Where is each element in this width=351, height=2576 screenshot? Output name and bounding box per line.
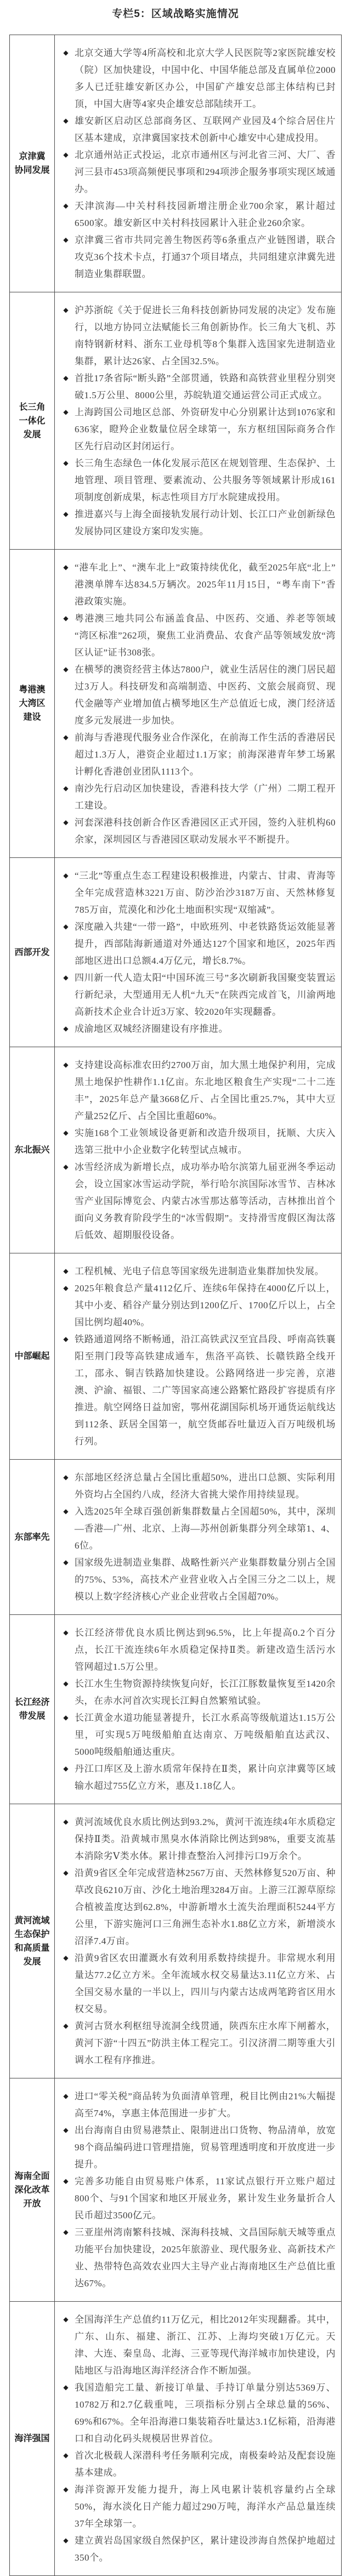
bullet-text: “港车北上”、“澳车北上”政策持续优化，截至2025年底“北上”港澳单牌车达83… <box>75 559 336 610</box>
bullet-text: 实施168个工业领域设备更新和改造升级项目，抚顺、大庆入选第三批中小企业数字化转… <box>75 1125 336 1159</box>
row-content-cell: ◆长江经济带优良水质比例达到96.5%，比上年提高0.2个百分点，长江干流连续6… <box>55 1615 342 1804</box>
row-content-cell: ◆黄河流域优良水质比例达到93.2%，黄河干流连续4年水质稳定保持Ⅱ类。沿黄城市… <box>55 1804 342 2078</box>
bullet-item: ◆沪苏浙皖《关于促进长三角科技创新协同发展的决定》发布施行，以地方协同立法赋能长… <box>57 302 336 370</box>
bullet-text: 黄河古贤水利枢纽导流洞全线贯通，陕西东庄水库下闸蓄水，黄河下游“十四五”防洪主体… <box>75 2018 336 2069</box>
row-content-cell: ◆“三北”等重点生态工程建设积极推进，内蒙古、甘肃、青海等全年完成营造林3221… <box>55 858 342 1047</box>
diamond-bullet-icon: ◆ <box>57 44 75 61</box>
bullet-item: ◆“三北”等重点生态工程建设积极推进，内蒙古、甘肃、青海等全年完成营造林3221… <box>57 867 336 918</box>
bullet-item: ◆前海与香港现代服务业合作深化，在前海工作生活的香港居民超过1.3万人，港资企业… <box>57 729 336 780</box>
bullet-text: 国家级先进制造业集群、战略性新兴产业集群数量分别占全国的75%、53%，高技术产… <box>75 1554 336 1605</box>
table-row: 西部开发 ◆“三北”等重点生态工程建设积极推进，内蒙古、甘肃、青海等全年完成营造… <box>10 858 342 1047</box>
diamond-bullet-icon: ◆ <box>57 1159 75 1176</box>
bullet-item: ◆上海跨国公司地区总部、外资研发中心分别累计达到1076家和636家，瞪羚企业数… <box>57 404 336 455</box>
bullet-item: ◆建立黄岩岛国家级自然保护区，累计建设涉海自然保护地超过350个。 <box>57 2532 336 2566</box>
row-header: 黄河流域 生态保护 和高质量 发展 <box>10 1804 55 2078</box>
bullet-item: ◆天津滨海—中关村科技园新增注册企业700余家，累计超过6500家。雄安新区中关… <box>57 197 336 231</box>
bullet-text: 天津滨海—中关村科技园新增注册企业700余家，累计超过6500家。雄安新区中关村… <box>75 197 336 231</box>
row-content-cell: ◆“港车北上”、“澳车北上”政策持续优化，截至2025年底“北上”港澳单牌车达8… <box>55 550 342 858</box>
bullet-text: 冰雪经济成为新增长点，成功举办哈尔滨第九届亚洲冬季运动会，设立国家冰雪运动学院，… <box>75 1159 336 1244</box>
bullet-item: ◆在横琴的澳资经营主体达7800户，就业生活居住的澳门居民超过3万人。科技研发和… <box>57 661 336 729</box>
document-page: 专栏5：区域战略实施情况 京津冀 协同发展 ◆北京交通大学等4所高校和北京大学人… <box>0 0 351 2576</box>
diamond-bullet-icon: ◆ <box>57 814 75 831</box>
bullet-item: ◆首次北极载人深潜科考任务顺利完成，南极秦岭站及配套设施基本建成。 <box>57 2447 336 2481</box>
bullet-text: 完善多功能自由贸易账户体系，11家试点银行开立账户超过800个、与91个国家和地… <box>75 2173 336 2224</box>
bullet-text: 京津冀三省市共同完善生物医药等6条重点产业链图谱，联合攻克36个技术卡点，打通3… <box>75 231 336 283</box>
diamond-bullet-icon: ◆ <box>57 1503 75 1520</box>
diamond-bullet-icon: ◆ <box>57 1057 75 1074</box>
region-strategy-table: 京津冀 协同发展 ◆北京交通大学等4所高校和北京大学人民医院等2家医院雄安校（院… <box>9 35 342 2576</box>
diamond-bullet-icon: ◆ <box>57 1675 75 1692</box>
bullet-text: 前海与香港现代服务业合作深化，在前海工作生活的香港居民超过1.3万人，港资企业超… <box>75 729 336 780</box>
row-header: 中部崛起 <box>10 1253 55 1460</box>
bullet-item: ◆国家级先进制造业集群、战略性新兴产业集群数量分别占全国的75%、53%，高技术… <box>57 1554 336 1605</box>
bullet-list: ◆“港车北上”、“澳车北上”政策持续优化，截至2025年底“北上”港澳单牌车达8… <box>57 559 336 848</box>
bullet-item: ◆四川新一代人造太阳“中国环流三号”多次刷新我国聚变装置运行新纪录，大型通用无人… <box>57 969 336 1020</box>
bullet-text: 粤港澳三地共同公布涵盖食品、中医药、交通、养老等领域“湾区标准”262项，聚焦工… <box>75 610 336 661</box>
bullet-item: ◆入选2025年全球百强创新集群数量占全国超50%，其中，深圳—香港—广州、北京… <box>57 1503 336 1554</box>
diamond-bullet-icon: ◆ <box>57 918 75 935</box>
bullet-text: 进口“零关税”商品转为负面清单管理，税目比例由21%大幅提高至74%，享惠主体范… <box>75 2088 336 2122</box>
bullet-text: 全国海洋生产总值约11万亿元，相比2012年实现翻番。其中，广东、山东、福建、浙… <box>75 2311 336 2379</box>
row-content-cell: ◆沪苏浙皖《关于促进长三角科技创新协同发展的决定》发布施行，以地方协同立法赋能长… <box>55 292 342 550</box>
diamond-bullet-icon: ◆ <box>57 146 75 163</box>
bullet-text: 上海跨国公司地区总部、外资研发中心分别累计达到1076家和636家，瞪羚企业数量… <box>75 404 336 455</box>
bullet-text: 2025年粮食总产量4112亿斤、连续6年保持在4000亿斤以上，其中小麦、稻谷… <box>75 1280 336 1331</box>
bullet-text: 入选2025年全球百强创新集群数量占全国超50%，其中，深圳—香港—广州、北京、… <box>75 1503 336 1554</box>
table-row: 海南全面 深化改革 开放 ◆进口“零关税”商品转为负面清单管理，税目比例由21%… <box>10 2078 342 2302</box>
diamond-bullet-icon: ◆ <box>57 197 75 214</box>
diamond-bullet-icon: ◆ <box>57 455 75 472</box>
table-row: 海洋强国 ◆全国海洋生产总值约11万亿元，相比2012年实现翻番。其中，广东、山… <box>10 2302 342 2576</box>
bullet-text: 推进嘉兴与上海全面接轨发展行动计划、长江口产业创新绿色发展协同区建设方案印发实施… <box>75 506 336 540</box>
bullet-text: 黄河流域优良水质比例达到93.2%，黄河干流连续4年水质稳定保持Ⅱ类。沿黄城市黑… <box>75 1814 336 1865</box>
bullet-text: 铁路通道网络不断畅通，沿江高铁武汉至宜昌段、呼南高铁襄阳至荆门段等高铁建成通车，… <box>75 1331 336 1450</box>
bullet-text: 工程机械、光电子信息等国家级先进制造业集群加快发展。 <box>75 1263 336 1280</box>
bullet-item: ◆进口“零关税”商品转为负面清单管理，税目比例由21%大幅提高至74%，享惠主体… <box>57 2088 336 2122</box>
bullet-item: ◆南沙先行启动区加快建设，香港科技大学（广州）二期工程开工建设。 <box>57 780 336 814</box>
diamond-bullet-icon: ◆ <box>57 610 75 627</box>
bullet-list: ◆沪苏浙皖《关于促进长三角科技创新协同发展的决定》发布施行，以地方协同立法赋能长… <box>57 302 336 540</box>
diamond-bullet-icon: ◆ <box>57 2122 75 2139</box>
bullet-item: ◆成渝地区双城经济圈建设有序推进。 <box>57 1020 336 1037</box>
diamond-bullet-icon: ◆ <box>57 1280 75 1297</box>
bullet-item: ◆首批17条省际“断头路”全部贯通，铁路和高铁营业里程分别突破1.5万公里、80… <box>57 370 336 404</box>
bullet-text: 海洋资源开发能力提升，海上风电累计装机容量约占全球50%，海水淡化日产能力超过2… <box>75 2481 336 2532</box>
bullet-item: ◆完善多功能自由贸易账户体系，11家试点银行开立账户超过800个、与91个国家和… <box>57 2173 336 2224</box>
diamond-bullet-icon: ◆ <box>57 2018 75 2035</box>
bullet-list: ◆工程机械、光电子信息等国家级先进制造业集群加快发展。◆2025年粮食总产量41… <box>57 1263 336 1450</box>
bullet-text: 长江黄金水道功能显著提升，长江水系高等级航道达1.15万公里，可实现5万吨级船舶… <box>75 1709 336 1760</box>
diamond-bullet-icon: ◆ <box>57 506 75 523</box>
bullet-item: ◆黄河流域优良水质比例达到93.2%，黄河干流连续4年水质稳定保持Ⅱ类。沿黄城市… <box>57 1814 336 1865</box>
bullet-text: 长江水生生物资源持续恢复向好，长江江豚数量恢复至1420余头，在赤水河首次实现长… <box>75 1675 336 1709</box>
diamond-bullet-icon: ◆ <box>57 1125 75 1142</box>
table-row: 黄河流域 生态保护 和高质量 发展 ◆黄河流域优良水质比例达到93.2%，黄河干… <box>10 1804 342 2078</box>
row-header: 粤港澳 大湾区 建设 <box>10 550 55 858</box>
diamond-bullet-icon: ◆ <box>57 2311 75 2328</box>
bullet-list: ◆“三北”等重点生态工程建设积极推进，内蒙古、甘肃、青海等全年完成营造林3221… <box>57 867 336 1037</box>
row-content-cell: ◆东部地区经济总量占全国比重超50%，进出口总额、实际利用外资均占全国约八成，经… <box>55 1460 342 1615</box>
diamond-bullet-icon: ◆ <box>57 1469 75 1486</box>
bullet-item: ◆实施168个工业领域设备更新和改造升级项目，抚顺、大庆入选第三批中小企业数字化… <box>57 1125 336 1159</box>
bullet-item: ◆北京通州站正式投运，北京市通州区与河北省三河、大厂、香河三县市453项高频便民… <box>57 146 336 197</box>
diamond-bullet-icon: ◆ <box>57 2481 75 2498</box>
bullet-item: ◆2025年粮食总产量4112亿斤、连续6年保持在4000亿斤以上，其中小麦、稻… <box>57 1280 336 1331</box>
bullet-text: 四川新一代人造太阳“中国环流三号”多次刷新我国聚变装置运行新纪录，大型通用无人机… <box>75 969 336 1020</box>
diamond-bullet-icon: ◆ <box>57 1554 75 1571</box>
bullet-text: 东部地区经济总量占全国比重超50%，进出口总额、实际利用外资均占全国约八成，经济… <box>75 1469 336 1503</box>
bullet-item: ◆深度融入共建“一带一路”，中欧班列、中老铁路货运效能显著提升，西部陆海新通道对… <box>57 918 336 969</box>
bullet-list: ◆进口“零关税”商品转为负面清单管理，税目比例由21%大幅提高至74%，享惠主体… <box>57 2088 336 2292</box>
diamond-bullet-icon: ◆ <box>57 1624 75 1641</box>
bullet-text: 长三角生态绿色一体化发展示范区在规划管理、生态保护、土地管理、项目管理、要素流动… <box>75 455 336 506</box>
row-content-cell: ◆北京交通大学等4所高校和北京大学人民医院等2家医院雄安校（院）区加快建设，中国… <box>55 35 342 292</box>
page-title: 专栏5：区域战略实施情况 <box>0 5 351 20</box>
bullet-text: 三亚崖州湾南繁科技城、深海科技城、文昌国际航天城等重点功能平台加快建设，2025… <box>75 2224 336 2292</box>
bullet-item: ◆三亚崖州湾南繁科技城、深海科技城、文昌国际航天城等重点功能平台加快建设，202… <box>57 2224 336 2292</box>
diamond-bullet-icon: ◆ <box>57 729 75 746</box>
bullet-text: 在横琴的澳资经营主体达7800户，就业生活居住的澳门居民超过3万人。科技研发和高… <box>75 661 336 729</box>
bullet-text: 成渝地区双城经济圈建设有序推进。 <box>75 1020 336 1037</box>
bullet-item: ◆长江经济带优良水质比例达到96.5%，比上年提高0.2个百分点，长江干流连续6… <box>57 1624 336 1675</box>
bullet-text: 深度融入共建“一带一路”，中欧班列、中老铁路货运效能显著提升，西部陆海新通道对外… <box>75 918 336 969</box>
bullet-text: “三北”等重点生态工程建设积极推进，内蒙古、甘肃、青海等全年完成营造林3221万… <box>75 867 336 918</box>
bullet-text: 支持建设高标准农田约2700万亩，加大黑土地保护利用，完成黑土地保护性耕作1.1… <box>75 1057 336 1125</box>
table-row: 长三角 一体化 发展 ◆沪苏浙皖《关于促进长三角科技创新协同发展的决定》发布施行… <box>10 292 342 550</box>
diamond-bullet-icon: ◆ <box>57 1331 75 1348</box>
bullet-text: 首批17条省际“断头路”全部贯通，铁路和高铁营业里程分别突破1.5万公里、800… <box>75 370 336 404</box>
diamond-bullet-icon: ◆ <box>57 661 75 678</box>
row-content-cell: ◆全国海洋生产总值约11万亿元，相比2012年实现翻番。其中，广东、山东、福建、… <box>55 2302 342 2576</box>
bullet-text: 沪苏浙皖《关于促进长三角科技创新协同发展的决定》发布施行，以地方协同立法赋能长三… <box>75 302 336 370</box>
bullet-text: 河套深港科技创新合作区香港园区正式开园，签约入驻机构60余家，深圳园区与香港园区… <box>75 814 336 848</box>
bullet-text: 首次北极载人深潜科考任务顺利完成，南极秦岭站及配套设施基本建成。 <box>75 2447 336 2481</box>
bullet-text: 北京交通大学等4所高校和北京大学人民医院等2家医院雄安校（院）区加快建设，中国中… <box>75 44 336 112</box>
diamond-bullet-icon: ◆ <box>57 404 75 421</box>
bullet-item: ◆我国造船完工量、新接订单量、手持订单量分别达5369万、10782万和2.7亿… <box>57 2379 336 2447</box>
row-content-cell: ◆支持建设高标准农田约2700万亩，加大黑土地保护利用，完成黑土地保护性耕作1.… <box>55 1047 342 1253</box>
bullet-text: 出台海南自由贸易港禁止、限制进出口货物、物品清单，放宽98个商品编码进口管理措施… <box>75 2122 336 2173</box>
bullet-item: ◆海洋资源开发能力提升，海上风电累计装机容量约占全球50%，海水淡化日产能力超过… <box>57 2481 336 2532</box>
bullet-list: ◆长江经济带优良水质比例达到96.5%，比上年提高0.2个百分点，长江干流连续6… <box>57 1624 336 1794</box>
bullet-text: 我国造船完工量、新接订单量、手持订单量分别达5369万、10782万和2.7亿载… <box>75 2379 336 2447</box>
diamond-bullet-icon: ◆ <box>57 1709 75 1726</box>
diamond-bullet-icon: ◆ <box>57 2224 75 2241</box>
diamond-bullet-icon: ◆ <box>57 1814 75 1831</box>
diamond-bullet-icon: ◆ <box>57 2379 75 2396</box>
bullet-item: ◆冰雪经济成为新增长点，成功举办哈尔滨第九届亚洲冬季运动会，设立国家冰雪运动学院… <box>57 1159 336 1244</box>
bullet-list: ◆支持建设高标准农田约2700万亩，加大黑土地保护利用，完成黑土地保护性耕作1.… <box>57 1057 336 1244</box>
diamond-bullet-icon: ◆ <box>57 780 75 797</box>
bullet-list: ◆东部地区经济总量占全国比重超50%，进出口总额、实际利用外资均占全国约八成，经… <box>57 1469 336 1605</box>
bullet-item: ◆支持建设高标准农田约2700万亩，加大黑土地保护利用，完成黑土地保护性耕作1.… <box>57 1057 336 1125</box>
diamond-bullet-icon: ◆ <box>57 370 75 387</box>
row-header: 海洋强国 <box>10 2302 55 2576</box>
diamond-bullet-icon: ◆ <box>57 2532 75 2549</box>
diamond-bullet-icon: ◆ <box>57 112 75 129</box>
diamond-bullet-icon: ◆ <box>57 1760 75 1777</box>
table-row: 东部率先 ◆东部地区经济总量占全国比重超50%，进出口总额、实际利用外资均占全国… <box>10 1460 342 1615</box>
bullet-item: ◆长江黄金水道功能显著提升，长江水系高等级航道达1.15万公里，可实现5万吨级船… <box>57 1709 336 1760</box>
bullet-list: ◆全国海洋生产总值约11万亿元，相比2012年实现翻番。其中，广东、山东、福建、… <box>57 2311 336 2566</box>
row-header: 东部率先 <box>10 1460 55 1615</box>
bullet-item: ◆京津冀三省市共同完善生物医药等6条重点产业链图谱，联合攻克36个技术卡点，打通… <box>57 231 336 283</box>
region-strategy-table-body: 京津冀 协同发展 ◆北京交通大学等4所高校和北京大学人民医院等2家医院雄安校（院… <box>10 35 342 2576</box>
bullet-text: 南沙先行启动区加快建设，香港科技大学（广州）二期工程开工建设。 <box>75 780 336 814</box>
bullet-item: ◆铁路通道网络不断畅通，沿江高铁武汉至宜昌段、呼南高铁襄阳至荆门段等高铁建成通车… <box>57 1331 336 1450</box>
bullet-item: ◆推进嘉兴与上海全面接轨发展行动计划、长江口产业创新绿色发展协同区建设方案印发实… <box>57 506 336 540</box>
diamond-bullet-icon: ◆ <box>57 2088 75 2105</box>
bullet-text: 沿黄9省区全年完成营造林2567万亩、天然林修复520万亩、种草改良6210万亩… <box>75 1865 336 1950</box>
bullet-item: ◆“港车北上”、“澳车北上”政策持续优化，截至2025年底“北上”港澳单牌车达8… <box>57 559 336 610</box>
bullet-list: ◆北京交通大学等4所高校和北京大学人民医院等2家医院雄安校（院）区加快建设，中国… <box>57 44 336 283</box>
table-row: 中部崛起 ◆工程机械、光电子信息等国家级先进制造业集群加快发展。◆2025年粮食… <box>10 1253 342 1460</box>
row-header: 长江经济 带发展 <box>10 1615 55 1804</box>
diamond-bullet-icon: ◆ <box>57 1950 75 1967</box>
bullet-text: 雄安新区启动区总部商务区、互联网产业园及4个综合居住片区基本建成，京津冀国家技术… <box>75 112 336 146</box>
diamond-bullet-icon: ◆ <box>57 1020 75 1037</box>
diamond-bullet-icon: ◆ <box>57 2173 75 2190</box>
table-row: 长江经济 带发展 ◆长江经济带优良水质比例达到96.5%，比上年提高0.2个百分… <box>10 1615 342 1804</box>
row-content-cell: ◆进口“零关税”商品转为负面清单管理，税目比例由21%大幅提高至74%，享惠主体… <box>55 2078 342 2302</box>
row-header: 西部开发 <box>10 858 55 1047</box>
row-content-cell: ◆工程机械、光电子信息等国家级先进制造业集群加快发展。◆2025年粮食总产量41… <box>55 1253 342 1460</box>
diamond-bullet-icon: ◆ <box>57 559 75 576</box>
bullet-text: 丹江口库区及上游水质常年保持在Ⅱ类，累计向京津冀等区域输水超过755亿立方米，惠… <box>75 1760 336 1794</box>
bullet-item: ◆全国海洋生产总值约11万亿元，相比2012年实现翻番。其中，广东、山东、福建、… <box>57 2311 336 2379</box>
bullet-item: ◆出台海南自由贸易港禁止、限制进出口货物、物品清单，放宽98个商品编码进口管理措… <box>57 2122 336 2173</box>
bullet-list: ◆黄河流域优良水质比例达到93.2%，黄河干流连续4年水质稳定保持Ⅱ类。沿黄城市… <box>57 1814 336 2069</box>
diamond-bullet-icon: ◆ <box>57 2447 75 2464</box>
diamond-bullet-icon: ◆ <box>57 1865 75 1882</box>
row-header: 海南全面 深化改革 开放 <box>10 2078 55 2302</box>
bullet-item: ◆雄安新区启动区总部商务区、互联网产业园及4个综合居住片区基本建成，京津冀国家技… <box>57 112 336 146</box>
bullet-item: ◆黄河古贤水利枢纽导流洞全线贯通，陕西东庄水库下闸蓄水，黄河下游“十四五”防洪主… <box>57 2018 336 2069</box>
table-row: 京津冀 协同发展 ◆北京交通大学等4所高校和北京大学人民医院等2家医院雄安校（院… <box>10 35 342 292</box>
bullet-item: ◆沿黄9省区全年完成营造林2567万亩、天然林修复520万亩、种草改良6210万… <box>57 1865 336 1950</box>
bullet-item: ◆粤港澳三地共同公布涵盖食品、中医药、交通、养老等领域“湾区标准”262项，聚焦… <box>57 610 336 661</box>
bullet-item: ◆河套深港科技创新合作区香港园区正式开园，签约入驻机构60余家，深圳园区与香港园… <box>57 814 336 848</box>
row-header: 京津冀 协同发展 <box>10 35 55 292</box>
bullet-text: 北京通州站正式投运，北京市通州区与河北省三河、大厂、香河三县市453项高频便民事… <box>75 146 336 197</box>
bullet-item: ◆丹江口库区及上游水质常年保持在Ⅱ类，累计向京津冀等区域输水超过755亿立方米，… <box>57 1760 336 1794</box>
diamond-bullet-icon: ◆ <box>57 969 75 986</box>
bullet-item: ◆东部地区经济总量占全国比重超50%，进出口总额、实际利用外资均占全国约八成，经… <box>57 1469 336 1503</box>
bullet-text: 建立黄岩岛国家级自然保护区，累计建设涉海自然保护地超过350个。 <box>75 2532 336 2566</box>
diamond-bullet-icon: ◆ <box>57 231 75 248</box>
bullet-text: 长江经济带优良水质比例达到96.5%，比上年提高0.2个百分点，长江干流连续6年… <box>75 1624 336 1675</box>
bullet-item: ◆长江水生生物资源持续恢复向好，长江江豚数量恢复至1420余头，在赤水河首次实现… <box>57 1675 336 1709</box>
bullet-item: ◆北京交通大学等4所高校和北京大学人民医院等2家医院雄安校（院）区加快建设，中国… <box>57 44 336 112</box>
table-row: 粤港澳 大湾区 建设 ◆“港车北上”、“澳车北上”政策持续优化，截至2025年底… <box>10 550 342 858</box>
diamond-bullet-icon: ◆ <box>57 1263 75 1280</box>
diamond-bullet-icon: ◆ <box>57 867 75 884</box>
bullet-item: ◆沿黄9省区农田灌溉水有效利用系数持续提升。非常规水利用量达77.2亿立方米。全… <box>57 1950 336 2018</box>
diamond-bullet-icon: ◆ <box>57 302 75 319</box>
row-header: 长三角 一体化 发展 <box>10 292 55 550</box>
bullet-item: ◆工程机械、光电子信息等国家级先进制造业集群加快发展。 <box>57 1263 336 1280</box>
bullet-item: ◆长三角生态绿色一体化发展示范区在规划管理、生态保护、土地管理、项目管理、要素流… <box>57 455 336 506</box>
bullet-text: 沿黄9省区农田灌溉水有效利用系数持续提升。非常规水利用量达77.2亿立方米。全年… <box>75 1950 336 2018</box>
row-header: 东北振兴 <box>10 1047 55 1253</box>
table-row: 东北振兴 ◆支持建设高标准农田约2700万亩，加大黑土地保护利用，完成黑土地保护… <box>10 1047 342 1253</box>
